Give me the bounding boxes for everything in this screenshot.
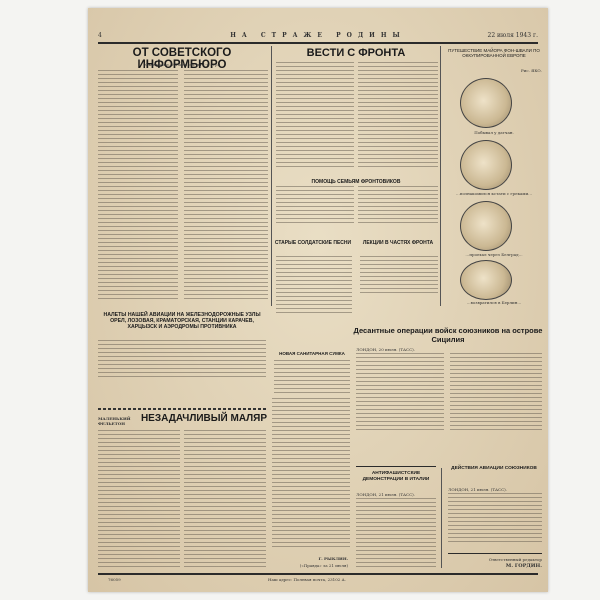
footer-rule [98, 573, 538, 575]
article-text [184, 430, 266, 570]
article-text [448, 493, 542, 543]
column-divider [271, 46, 272, 306]
article-text [358, 62, 438, 170]
allied-aviation-dateline: ЛОНДОН, 21 июля. (ТАСС). [448, 487, 540, 492]
air-raids-headline: НАЛЕТЫ НАШЕЙ АВИАЦИИ НА ЖЕЛЕЗНОДОРОЖНЫЕ … [98, 312, 266, 331]
article-text [98, 70, 178, 300]
feuilleton-source: («Правда» за 21 июля) [284, 563, 348, 568]
cartoon-title: ПУТЕШЕСТВИЕ МАЙОРА ФОН-ШВАЛИ ПО ОККУПИРО… [444, 48, 544, 58]
article-text [276, 62, 354, 170]
cartoon-panel [460, 140, 512, 190]
separator [448, 553, 542, 554]
feuilleton-author: Г. РЫКЛИН. [298, 556, 348, 561]
article-text [184, 70, 268, 300]
antifascist-dateline: ЛОНДОН, 21 июля. (ТАСС). [356, 492, 436, 497]
separator [98, 408, 268, 410]
cartoon-credit: Рис. ЯКО. [488, 68, 542, 73]
antifascist-headline: АНТИФАШИСТСКИЕ ДЕМОНСТРАЦИИ В ИТАЛИИ [354, 471, 438, 483]
editor-title: Ответственный редактор [448, 557, 542, 562]
article-text [356, 353, 444, 433]
families-help-headline: ПОМОЩЬ СЕМЬЯМ ФРОНТОВИКОВ [274, 179, 438, 185]
editor-name: М. ГОРДИН. [448, 563, 542, 569]
article-text [360, 256, 438, 296]
article-text [450, 353, 542, 433]
article-text [276, 256, 352, 316]
editorial-address: Наш адрес: Полевая почта, 23102 А. [268, 577, 388, 582]
article-text [276, 186, 354, 226]
newspaper-page: 4 НА СТРАЖЕ РОДИНЫ 22 июля 1943 г. ОТ СО… [88, 8, 548, 592]
article-text [358, 186, 438, 226]
cartoon-panel [460, 78, 512, 128]
print-code: 76059 [108, 577, 148, 582]
front-news-headline: ВЕСТИ С ФРОНТА [274, 47, 438, 59]
cartoon-caption: …познакомился кстати с греками… [444, 191, 544, 196]
article-text [274, 360, 350, 394]
article-text [98, 340, 266, 378]
lectures-headline: ЛЕКЦИИ В ЧАСТЯХ ФРОНТА [358, 240, 438, 246]
feuilleton-headline: НЕЗАДАЧЛИВЫЙ МАЛЯР [140, 413, 268, 424]
sicily-headline: Десантные операции войск союзников на ос… [353, 326, 543, 344]
newspaper-title: НА СТРАЖЕ РОДИНЫ [98, 32, 538, 39]
cartoon-caption: Побывал у датчан. [444, 130, 544, 135]
article-text [98, 430, 180, 570]
masthead-rule [98, 42, 538, 44]
article-text [272, 398, 350, 548]
separator [356, 466, 436, 467]
issue-date: 22 июля 1943 г. [488, 32, 539, 39]
allied-aviation-headline: ДЕЙСТВИЯ АВИАЦИИ СОЮЗНИКОВ [446, 466, 542, 472]
sovinformburo-headline: ОТ СОВЕТСКОГО ИНФОРМБЮРО [96, 47, 268, 71]
soldier-songs-headline: СТАРЫЕ СОЛДАТСКИЕ ПЕСНИ [274, 240, 352, 246]
cartoon-caption: …проехал через Белград… [444, 252, 544, 257]
masthead: 4 НА СТРАЖЕ РОДИНЫ 22 июля 1943 г. [98, 32, 538, 42]
sovinformburo-subheading: (Окончание. Начало см. на 1-й стр.) [96, 62, 268, 67]
sicily-dateline: ЛОНДОН, 20 июля. (ТАСС). [356, 347, 426, 352]
cartoon-panel [460, 201, 512, 251]
sanitary-bag-headline: НОВАЯ САНИТАРНАЯ СУМКА [272, 351, 352, 356]
cartoon-panel [460, 260, 512, 300]
column-divider [441, 468, 442, 568]
column-divider [440, 46, 441, 306]
article-text [356, 498, 436, 568]
feuilleton-rubric: МАЛЕНЬКИЙ ФЕЛЬЕТОН [98, 416, 136, 426]
cartoon-caption: …возвратился в Берлин… [444, 300, 544, 305]
